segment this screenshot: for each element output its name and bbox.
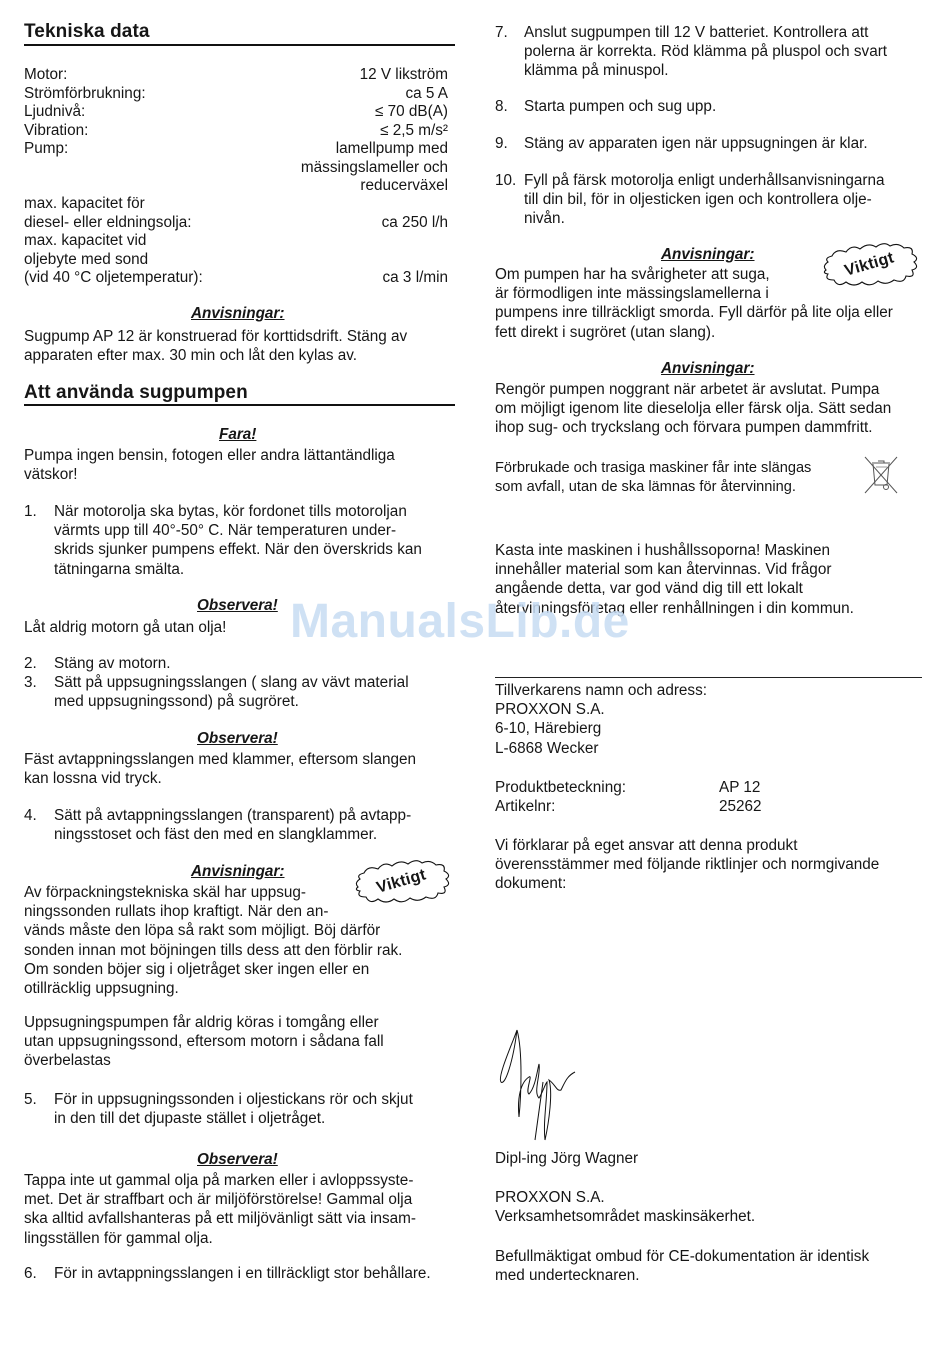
heading-rule [24,404,455,406]
text-line: Anslut sugpumpen till 12 V batteriet. Ko… [524,23,887,42]
text-line: till din bil, för in oljesticken igen oc… [524,190,885,209]
spec-label: Motor: [24,65,67,84]
step-text: Sätt på avtappningsslangen (transparent)… [54,806,411,844]
text-line: För in uppsugningssonden i oljestickans … [54,1090,413,1109]
manufacturer-label: Tillverkarens namn och adress: [495,681,707,700]
text-line: vätskor! [24,465,395,484]
text-line: med uppsugningssond) på sugröret. [54,692,409,711]
spec-value: ≤ 70 dB(A) [375,102,448,121]
step-number: 10. [495,171,516,190]
text-line: innehåller material som kan återvinnas. … [495,560,854,579]
spec-value: lamellpump med [336,139,448,158]
observe-title: Observera! [197,1150,278,1169]
text-line: Fyll på färsk motorolja enligt underhåll… [524,171,885,190]
text-line: Dipl-ing Jörg Wagner [495,1149,638,1168]
company-block: PROXXON S.A. Verksamhetsområdet maskinsä… [495,1188,755,1226]
step-text: Anslut sugpumpen till 12 V batteriet. Ko… [524,23,887,81]
text-line: med undertecknaren. [495,1266,869,1285]
text-line: nivån. [524,209,885,228]
spec-label: Vibration: [24,121,88,140]
note-title: Anvisningar: [661,245,755,264]
text-line: apparaten efter max. 30 min och låt den … [24,346,407,365]
text-line: dokument: [495,874,879,893]
text-line: Verksamhetsområdet maskinsäkerhet. [495,1207,755,1226]
text-line: Rengör pumpen noggrant när arbetet är av… [495,380,891,399]
spec-value: ca 3 l/min [383,268,448,287]
note-text: Sugpump AP 12 är konstruerad för korttid… [24,327,407,365]
text-line: Sätt på avtappningsslangen (transparent)… [54,806,411,825]
text-line: överbelastas [24,1051,384,1070]
address-line: PROXXON S.A. [495,700,707,719]
step-number: 2. [24,654,37,673]
spec-value: mässingslameller och [301,158,448,177]
step-number: 5. [24,1090,37,1109]
observe-title: Observera! [197,596,278,615]
text-line: Starta pumpen och sug upp. [524,97,716,116]
text-line: När motorolja ska bytas, kör fordonet ti… [54,502,422,521]
text-line: som avfall, utan de ska lämnas för återv… [495,478,811,497]
disposal-text: Förbrukade och trasiga maskiner får inte… [495,459,811,497]
text-line: Kasta inte maskinen i hushållssoporna! M… [495,541,854,560]
text-line: överensstämmer med följande riktlinjer o… [495,855,879,874]
text-line: Av förpackningstekniska skäl har uppsug- [24,883,402,902]
note-title: Anvisningar: [191,304,285,323]
heading-rule [24,44,455,46]
text-line: lingsställen för gammal olja. [24,1229,416,1248]
text-line: Om pumpen har ha svårigheter att suga, [495,265,893,284]
text-line: är förmodligen inte mässingslamellerna i [495,284,893,303]
address-line: 6-10, Härebierg [495,719,707,738]
observe-text: Tappa inte ut gammal olja på marken elle… [24,1171,416,1248]
danger-title: Fara! [219,425,256,444]
step-text: Fyll på färsk motorolja enligt underhåll… [524,171,885,229]
text-line: ska alltid avfallshanteras på ett miljöv… [24,1209,416,1228]
spec-label: Ljudnivå: [24,102,85,121]
spec-label: Pump: [24,139,68,158]
spec-value: ≤ 2,5 m/s² [380,121,448,140]
step-text: När motorolja ska bytas, kör fordonet ti… [54,502,422,579]
tech-data-heading: Tekniska data [24,21,150,43]
text-line: klämma på minuspol. [524,61,887,80]
text-line: värmts upp till 40°-50° C. När temperatu… [54,521,422,540]
text-line: Stäng av apparaten igen när uppsugningen… [524,134,868,153]
danger-text: Pumpa ingen bensin, fotogen eller andra … [24,446,395,484]
note-text: Om pumpen har ha svårigheter att suga, ä… [495,265,893,342]
note-title: Anvisningar: [661,359,755,378]
observe-title: Observera! [197,729,278,748]
step-number: 1. [24,502,37,521]
text-line: För in avtappningsslangen i en tillräckl… [54,1264,431,1283]
step-number: 4. [24,806,37,825]
signature [495,1022,585,1152]
spec-label: (vid 40 °C oljetemperatur): [24,268,203,287]
text-line: tätningarna smälta. [54,560,422,579]
text-line: utan uppsugningssond, eftersom motorn i … [24,1032,384,1051]
text-line: vänds måste den löpa så rakt som möjligt… [24,921,402,940]
text-line: ningsstoset och fäst den med en slangkla… [54,825,411,844]
text-line: Om sonden böjer sig i oljetråget sker in… [24,960,402,979]
text-line: PROXXON S.A. [495,1188,755,1207]
text-line: otillräcklig uppsugning. [24,979,402,998]
household-text: Kasta inte maskinen i hushållssoporna! M… [495,541,854,618]
signer-name: Dipl-ing Jörg Wagner [495,1149,638,1168]
text-line: kan lossna vid tryck. [24,769,416,788]
product-value: AP 12 [719,778,760,797]
note-title: Anvisningar: [191,862,285,881]
section-divider [495,677,922,678]
step-number: 8. [495,97,508,116]
spec-value: 12 V likström [360,65,448,84]
step-text: För in avtappningsslangen i en tillräckl… [54,1264,431,1283]
spec-label: max. kapacitet för [24,194,145,213]
step-number: 6. [24,1264,37,1283]
step-text: Sätt på uppsugningsslangen ( slang av vä… [54,673,409,711]
declaration-text: Vi förklarar på eget ansvar att denna pr… [495,836,879,894]
text-line: angående detta, var god vänd dig till et… [495,579,854,598]
text-line: met. Det är straffbart och är miljöförst… [24,1190,416,1209]
text-line: Sätt på uppsugningsslangen ( slang av vä… [54,673,409,692]
text-line: Vi förklarar på eget ansvar att denna pr… [495,836,879,855]
text-line: återvinningsföretag eller renhållningen … [495,599,854,618]
text-line: Stäng av motorn. [54,654,171,673]
step-number: 7. [495,23,508,42]
text-line: ningssonden rullats ihop kraftigt. När d… [24,902,402,921]
usage-heading: Att använda sugpumpen [24,382,248,404]
text-line: Pumpa ingen bensin, fotogen eller andra … [24,446,395,465]
step-text: Stäng av motorn. [54,654,171,673]
step-text: Stäng av apparaten igen när uppsugningen… [524,134,868,153]
text-line: Tappa inte ut gammal olja på marken elle… [24,1171,416,1190]
ce-text: Befullmäktigat ombud för CE-dokumentatio… [495,1247,869,1285]
note-text: Av förpackningstekniska skäl har uppsug-… [24,883,402,998]
spec-label: max. kapacitet vid [24,231,146,250]
text-line: polerna är korrekta. Röd klämma på plusp… [524,42,887,61]
step-text: För in uppsugningssonden i oljestickans … [54,1090,413,1128]
observe-text: Fäst avtappningsslangen med klammer, eft… [24,750,416,788]
address-line: L-6868 Wecker [495,739,707,758]
text-line: sonden innan mot böjningen tills dess at… [24,941,402,960]
text-line: in den till det djupaste stället i oljet… [54,1109,413,1128]
spec-label: oljebyte med sond [24,250,148,269]
text-line: fett direkt i sugröret (utan slang). [495,323,893,342]
text-line: Förbrukade och trasiga maskiner får inte… [495,459,811,478]
text-line: om möjligt igenom lite dieselolja eller … [495,399,891,418]
manufacturer-block: Tillverkarens namn och adress: PROXXON S… [495,681,707,758]
spec-label: diesel- eller eldningsolja: [24,213,192,232]
observe-text: Låt aldrig motorn gå utan olja! [24,618,226,637]
note-text: Rengör pumpen noggrant när arbetet är av… [495,380,891,438]
spec-value: ca 250 l/h [382,213,448,232]
text-line: skrids sjunker pumpens effekt. När den ö… [54,540,422,559]
text-line: Fäst avtappningsslangen med klammer, eft… [24,750,416,769]
article-label: Artikelnr: [495,797,555,816]
step-text: Starta pumpen och sug upp. [524,97,716,116]
article-value: 25262 [719,797,762,816]
text-line: pumpens inre tillräckligt smorda. Fyll d… [495,303,893,322]
spec-value: ca 5 A [405,84,448,103]
weee-crossed-bin-icon [863,455,899,500]
step-number: 9. [495,134,508,153]
text-line: ihop sug- och tryckslang och förvara pum… [495,418,891,437]
product-label: Produktbeteckning: [495,778,626,797]
text-line: Befullmäktigat ombud för CE-dokumentatio… [495,1247,869,1266]
spec-label: Strömförbrukning: [24,84,146,103]
text-line: Uppsugningspumpen får aldrig köras i tom… [24,1013,384,1032]
text-line: Sugpump AP 12 är konstruerad för korttid… [24,327,407,346]
text-line: Låt aldrig motorn gå utan olja! [24,618,226,637]
spec-value: reducerväxel [360,176,448,195]
step-number: 3. [24,673,37,692]
note-text: Uppsugningspumpen får aldrig köras i tom… [24,1013,384,1071]
